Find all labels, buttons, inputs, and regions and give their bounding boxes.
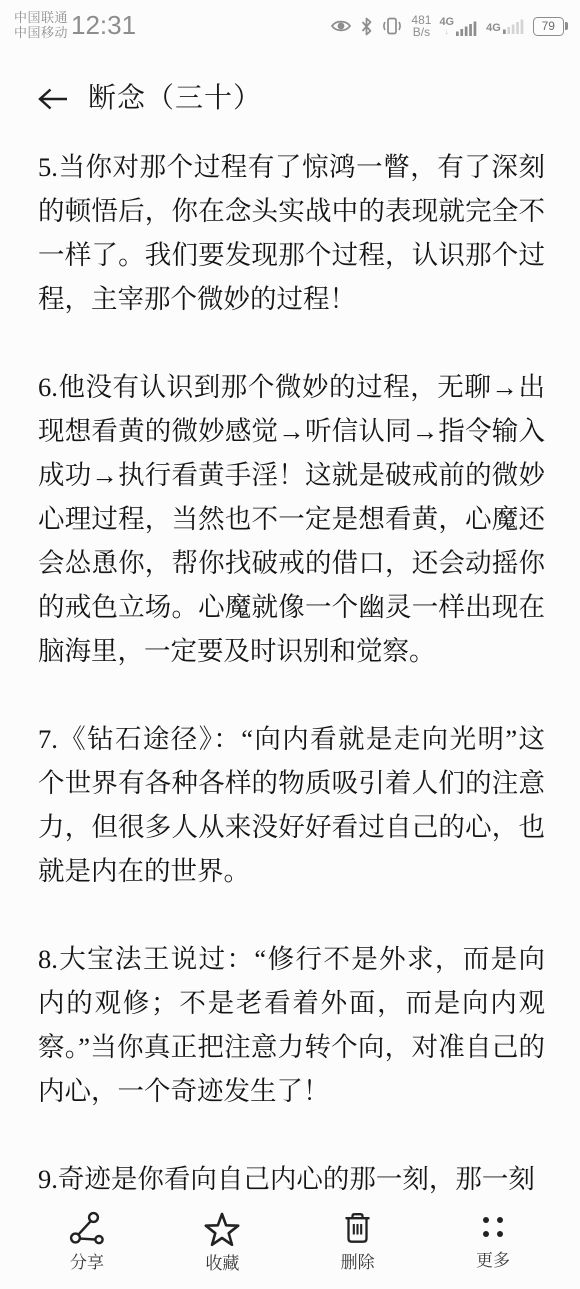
paragraph-7: 7.《钻石途径》：“向内看就是走向光明”这个世界有各种各样的物质吸引着人们的注意… (38, 717, 545, 893)
vibrate-icon (381, 16, 403, 36)
trash-icon (341, 1211, 374, 1247)
carrier-2: 中国移动 (14, 25, 68, 40)
share-icon (69, 1211, 105, 1247)
phone-screen: 中国联通 中国移动 12:31 (0, 0, 580, 1289)
battery-icon: 79 (533, 17, 568, 36)
bluetooth-icon (360, 17, 373, 36)
paragraph-9: 9.奇迹是你看向自己内心的那一刻，那一刻 (38, 1157, 545, 1201)
favorite-label: 收藏 (205, 1254, 239, 1273)
more-icon (477, 1211, 509, 1245)
header: 断念（三十） (0, 52, 580, 115)
status-left: 中国联通 中国移动 12:31 (14, 10, 136, 40)
favorite-button[interactable]: 收藏 (187, 1211, 257, 1289)
sim2-signal-bars-icon (503, 19, 525, 34)
page-title: 断念（三十） (88, 82, 262, 115)
back-button[interactable] (36, 86, 70, 112)
delete-button[interactable]: 删除 (323, 1211, 393, 1289)
status-right: 481 B/s 4G ↓ (330, 10, 568, 38)
battery-percent: 79 (533, 17, 564, 36)
battery-tip (565, 22, 568, 30)
sim2-network-type: 4G (486, 23, 501, 34)
status-bar: 中国联通 中国移动 12:31 (0, 0, 580, 52)
eye-protection-icon (330, 18, 352, 34)
paragraph-8: 8.大宝法王说过：“修行不是外求，而是向内的观修；不是老看着外面，而是向内观察。… (38, 937, 545, 1113)
share-label: 分享 (70, 1253, 104, 1272)
sim1-signal-bars-icon (456, 21, 478, 36)
signal-sim2: 4G (486, 19, 525, 34)
more-label: 更多 (476, 1251, 510, 1270)
signal-sim1: 4G ↓ (439, 17, 478, 36)
paragraph-5: 5.当你对那个过程有了惊鸿一瞥，有了深刻的顿悟后，你在念头实战中的表现就完全不一… (38, 145, 545, 321)
network-speed: 481 B/s (411, 14, 431, 38)
star-icon (203, 1211, 241, 1248)
more-button[interactable]: 更多 (458, 1211, 528, 1289)
clock: 12:31 (71, 10, 136, 40)
article-body: 5.当你对那个过程有了惊鸿一瞥，有了深刻的顿悟后，你在念头实战中的表现就完全不一… (0, 115, 580, 1201)
sim1-network-type: 4G (439, 17, 454, 28)
share-button[interactable]: 分享 (52, 1211, 122, 1289)
carrier-labels: 中国联通 中国移动 (14, 10, 68, 40)
delete-label: 删除 (341, 1253, 375, 1272)
carrier-1: 中国联通 (14, 10, 68, 25)
bottom-toolbar: 分享 收藏 删除 (0, 1205, 580, 1289)
network-speed-unit: B/s (411, 26, 431, 38)
paragraph-6: 6.他没有认识到那个微妙的过程，无聊→出现想看黄的微妙感觉→听信认同→指令输入成… (38, 365, 545, 673)
sim1-data-arrow: ↓ (445, 28, 449, 36)
